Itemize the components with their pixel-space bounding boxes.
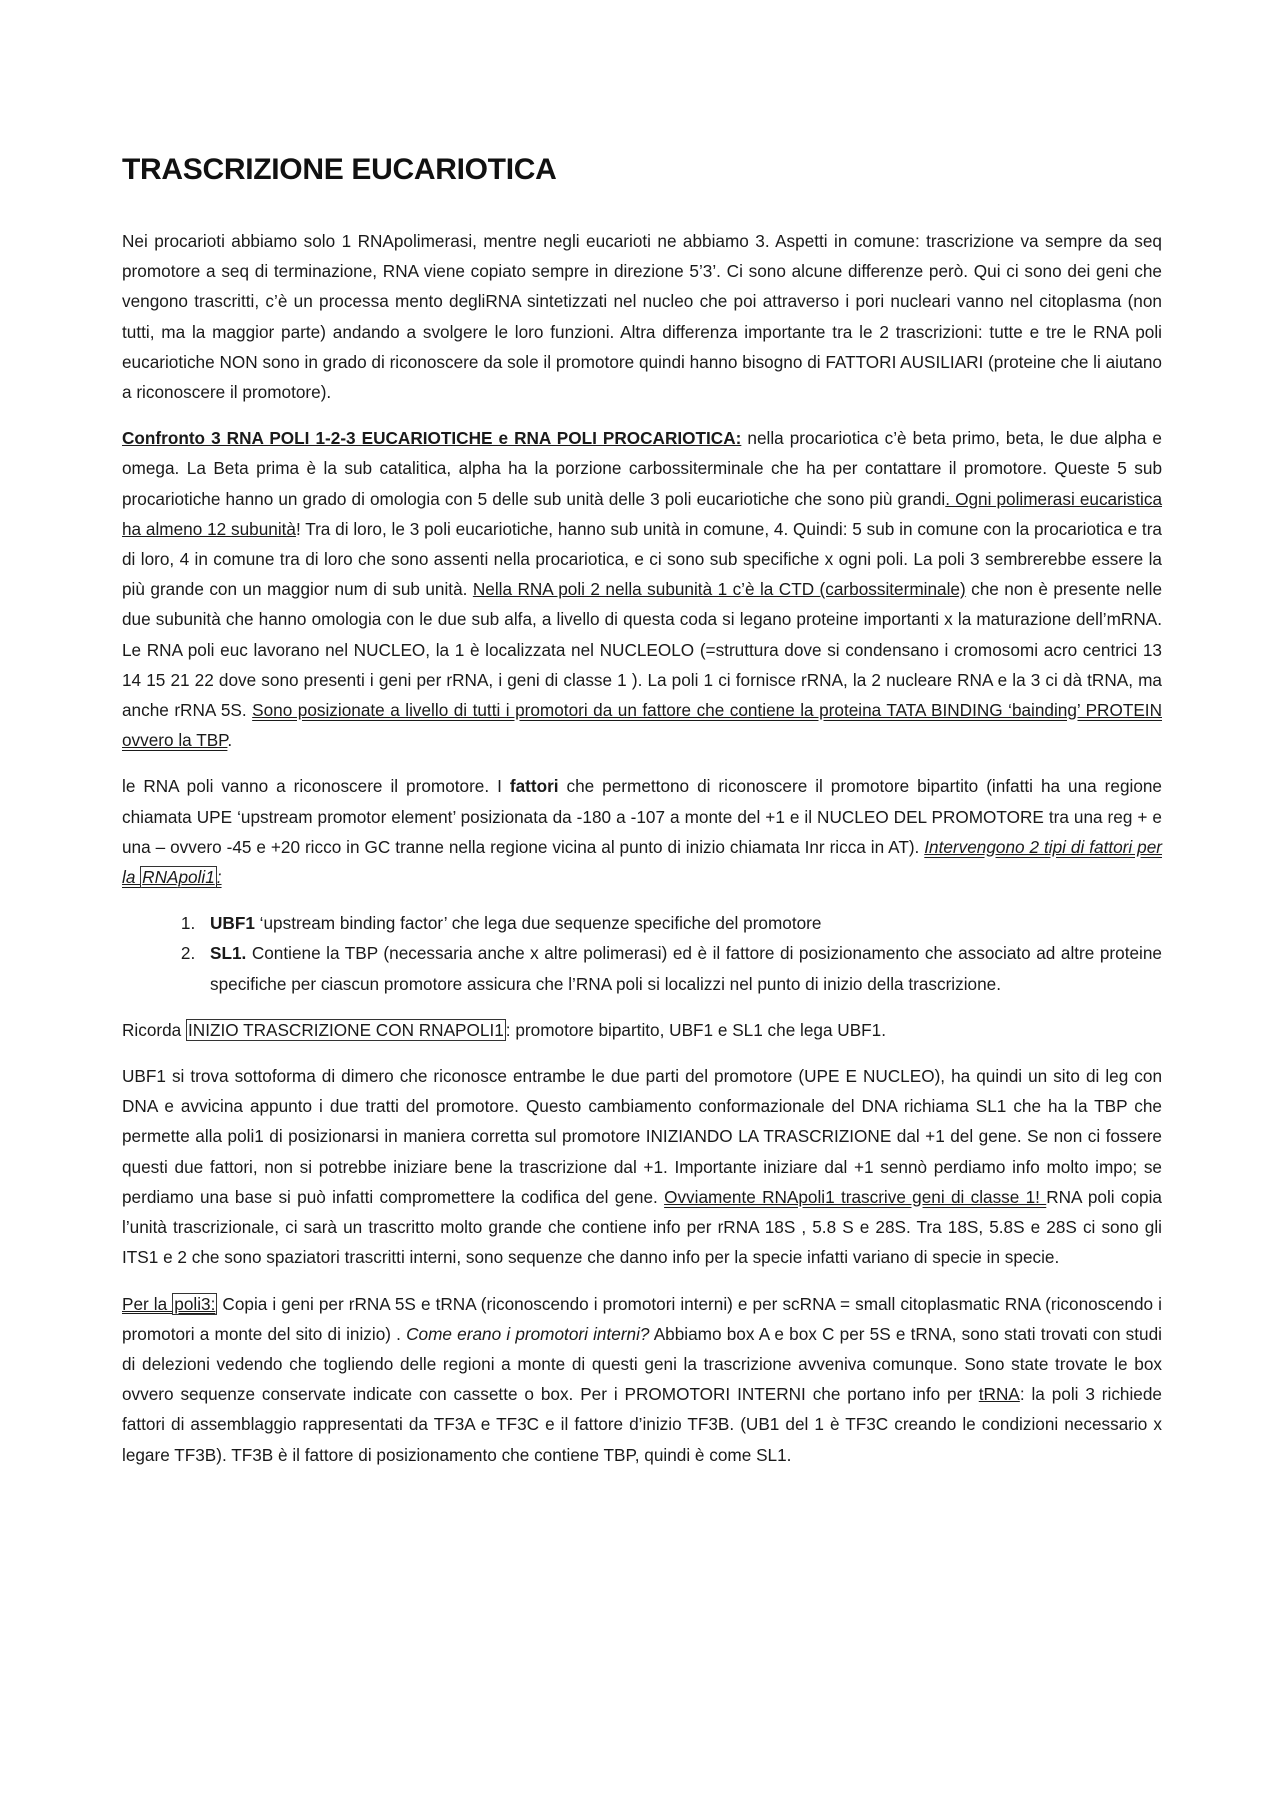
paragraph-ubf1: UBF1 si trova sottoforma di dimero che r… [122, 1061, 1162, 1272]
section-heading-comparison: Confronto 3 RNA POLI 1-2-3 EUCARIOTICHE … [122, 428, 741, 448]
page-title: TRASCRIZIONE EUCARIOTICA [122, 150, 1162, 190]
boxed-term: INIZIO TRASCRIZIONE CON RNAPOLI1 [186, 1019, 506, 1041]
underlined-term: tRNA [979, 1384, 1020, 1404]
paragraph-factors: le RNA poli vanno a riconoscere il promo… [122, 771, 1162, 892]
paragraph-comparison: Confronto 3 RNA POLI 1-2-3 EUCARIOTICHE … [122, 423, 1162, 755]
underlined-note: Nella RNA poli 2 nella subunità 1 c’è la… [473, 579, 966, 599]
bold-term: fattori [510, 776, 559, 796]
underlined-note: Sono posizionate a livello di tutti i pr… [122, 700, 1162, 750]
boxed-term: poli3: [172, 1293, 217, 1315]
document-page: TRASCRIZIONE EUCARIOTICA Nei procarioti … [122, 150, 1162, 1486]
paragraph-intro: Nei procarioti abbiamo solo 1 RNApolimer… [122, 226, 1162, 407]
factor-list: UBF1 ‘upstream binding factor’ che lega … [122, 908, 1162, 999]
underlined-note: Ovviamente RNApoli1 trascrive geni di cl… [664, 1187, 1046, 1207]
list-item: SL1. Contiene la TBP (necessaria anche x… [200, 938, 1162, 998]
paragraph-reminder: Ricorda INIZIO TRASCRIZIONE CON RNAPOLI1… [122, 1015, 1162, 1045]
italic-question: Come erano i promotori interni? [406, 1324, 649, 1344]
list-item: UBF1 ‘upstream binding factor’ che lega … [200, 908, 1162, 938]
underlined-note: Per la [122, 1294, 172, 1314]
boxed-term: RNApoli1 [140, 866, 217, 888]
paragraph-poli3: Per la poli3: Copia i geni per rRNA 5S e… [122, 1289, 1162, 1470]
